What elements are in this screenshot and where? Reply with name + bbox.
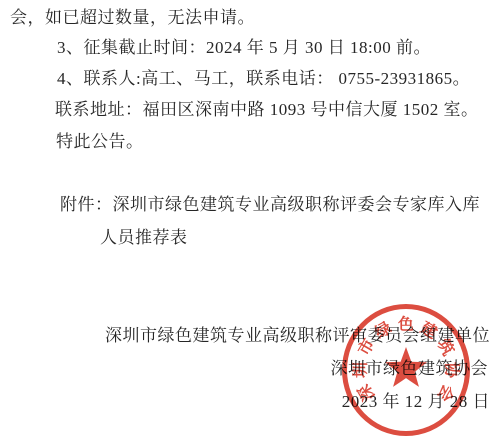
document-page: 会，如已超过数量，无法申请。 3、征集截止时间：2024 年 5 月 30 日 … — [0, 0, 499, 444]
attachment-line-2: 人员推荐表 — [100, 227, 188, 248]
signature-association-name: 深圳市绿色建筑协会 — [331, 358, 489, 379]
attachment-line-1: 附件：深圳市绿色建筑专业高级职称评委会专家库入库 — [60, 194, 480, 215]
signature-organization-line: 深圳市绿色建筑专业高级职称评审委员会组建单位 — [105, 325, 490, 346]
list-item-3-deadline: 3、征集截止时间：2024 年 5 月 30 日 18:00 前。 — [57, 37, 431, 58]
signature-date: 2023 年 12 月 28 日 — [342, 391, 490, 412]
paragraph-continuation-line: 会，如已超过数量，无法申请。 — [10, 7, 255, 28]
contact-address-line: 联系地址：福田区深南中路 1093 号中信大厦 1502 室。 — [55, 99, 479, 120]
closing-statement: 特此公告。 — [56, 131, 144, 152]
list-item-4-contacts: 4、联系人:高工、马工，联系电话： 0755-23931865。 — [57, 68, 470, 89]
